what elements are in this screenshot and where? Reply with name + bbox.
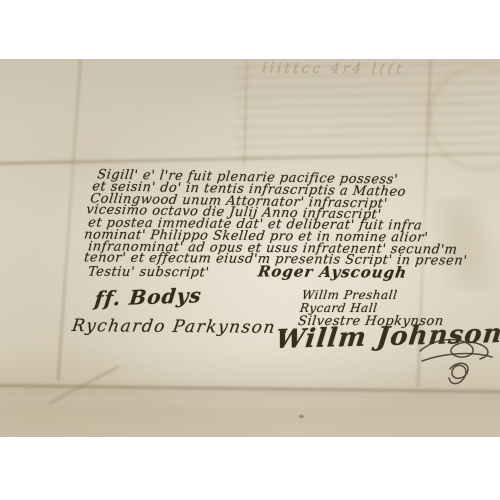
witness-signature: Roger Ayscough xyxy=(257,262,409,281)
witness-signature: ff. Bodys xyxy=(94,283,204,311)
signature-flourish-paraph xyxy=(418,327,496,397)
witness-signature: Rycard Hall xyxy=(299,301,378,315)
parchment-document-photo: iiittcc 4r4 l((t Sigill' e' l're fuit pl… xyxy=(0,59,500,437)
witness-clause-label: Testiu' subscript' xyxy=(87,265,210,281)
ink-spot xyxy=(299,415,304,418)
witness-signature: Willm Preshall xyxy=(301,288,398,302)
faded-inscription: iiittcc 4r4 l((t xyxy=(261,61,405,78)
witness-signature: Rychardo Parkynson ., xyxy=(71,316,298,338)
